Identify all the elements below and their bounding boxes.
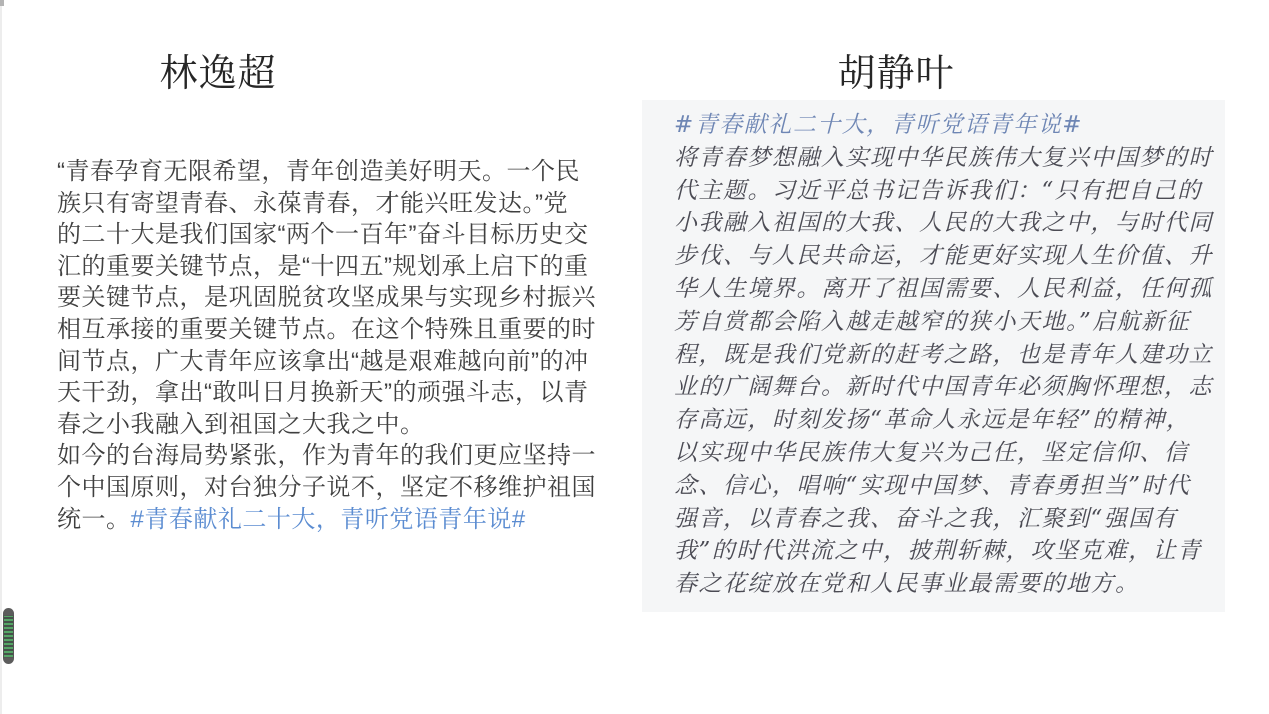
text-line: 要关键节点，是巩固脱贫攻坚成果与实现乡村振兴	[57, 282, 587, 314]
left-edge-line	[0, 0, 2, 714]
text-segment: 春之花绽放在党和人民事业最需要的地方。	[674, 571, 1140, 597]
text-line: 以实现中华民族伟大复兴为己任，坚定信仰、信	[674, 437, 1219, 470]
hashtag-text: #青春献礼二十大，青听党语青年说#	[674, 112, 1083, 138]
text-line: 华人生境界。离开了祖国需要、人民利益，任何孤	[674, 273, 1219, 306]
text-segment: 天干劲，拿出“敢叫日月换新天”的顽强斗志，以青	[57, 379, 588, 406]
left-post-text: “青春孕育无限希望，青年创造美好明天。一个民族只有寄望青春、永葆青春，才能兴旺发…	[57, 156, 587, 535]
text-segment: 华人生境界。离开了祖国需要、人民利益，任何孤	[674, 276, 1213, 302]
text-segment: 念、信心，唱响“实现中国梦、青春勇担当”时代	[674, 473, 1191, 499]
text-segment: “青春孕育无限希望，青年创造美好明天。一个民	[57, 158, 580, 185]
text-line: 步伐、与人民共命运，才能更好实现人生价值、升	[674, 240, 1219, 273]
text-line: “青春孕育无限希望，青年创造美好明天。一个民	[57, 156, 587, 188]
right-post-paper: #青春献礼二十大，青听党语青年说#将青春梦想融入实现中华民族伟大复兴中国梦的时代…	[642, 100, 1225, 612]
hashtag-text: #青春献礼二十大，青听党语青年说#	[131, 506, 526, 533]
text-segment: 强音，以青春之我、奋斗之我，汇聚到“强国有	[674, 506, 1177, 532]
text-line: 春之小我融入到祖国之大我之中。	[57, 409, 587, 441]
text-segment: 程，既是我们党新的赶考之路，也是青年人建功立	[674, 342, 1213, 368]
text-segment: 个中国原则，对台独分子说不，坚定不移维护祖国	[57, 474, 596, 501]
text-segment: 业的广阔舞台。新时代中国青年必须胸怀理想，志	[674, 374, 1213, 400]
text-line: 念、信心，唱响“实现中国梦、青春勇担当”时代	[674, 470, 1219, 503]
text-line: 天干劲，拿出“敢叫日月换新天”的顽强斗志，以青	[57, 377, 587, 409]
text-line: 小我融入祖国的大我、人民的大我之中，与时代同	[674, 207, 1219, 240]
text-segment: 相互承接的重要关键节点。在这个特殊且重要的时	[57, 316, 596, 343]
text-line: 春之花绽放在党和人民事业最需要的地方。	[674, 568, 1219, 601]
scrollbar-thumb[interactable]	[3, 608, 14, 664]
text-line: 业的广阔舞台。新时代中国青年必须胸怀理想，志	[674, 371, 1219, 404]
text-segment: 将青春梦想融入实现中华民族伟大复兴中国梦的时	[674, 145, 1213, 171]
text-segment: 如今的台海局势紧张，作为青年的我们更应坚持一	[57, 442, 596, 469]
text-line: 代主题。习近平总书记告诉我们：“只有把自己的	[674, 175, 1219, 208]
text-line: 间节点，广大青年应该拿出“越是艰难越向前”的冲	[57, 346, 587, 378]
left-author-title: 林逸超	[159, 42, 276, 97]
text-segment: 汇的重要关键节点，是“十四五”规划承上启下的重	[57, 253, 588, 280]
text-line: 程，既是我们党新的赶考之路，也是青年人建功立	[674, 339, 1219, 372]
text-segment: 春之小我融入到祖国之大我之中。	[57, 411, 425, 438]
text-segment: 间节点，广大青年应该拿出“越是艰难越向前”的冲	[57, 348, 588, 375]
text-segment: 统一。	[57, 506, 131, 533]
text-segment: 存高远，时刻发扬“革命人永远是年轻”的精神，	[674, 407, 1191, 433]
text-segment: 以实现中华民族伟大复兴为己任，坚定信仰、信	[674, 440, 1189, 466]
text-line: 将青春梦想融入实现中华民族伟大复兴中国梦的时	[674, 142, 1219, 175]
text-segment: 族只有寄望青春、永葆青春，才能兴旺发达。”党	[57, 190, 568, 217]
text-segment: 我”的时代洪流之中，披荆斩棘，攻坚克难，让青	[674, 538, 1202, 564]
text-line: 汇的重要关键节点，是“十四五”规划承上启下的重	[57, 251, 587, 283]
text-segment: 小我融入祖国的大我、人民的大我之中，与时代同	[674, 210, 1213, 236]
text-line: 相互承接的重要关键节点。在这个特殊且重要的时	[57, 314, 587, 346]
text-line: 如今的台海局势紧张，作为青年的我们更应坚持一	[57, 440, 587, 472]
right-post-text: #青春献礼二十大，青听党语青年说#将青春梦想融入实现中华民族伟大复兴中国梦的时代…	[674, 109, 1219, 601]
corner-artifact	[0, 0, 4, 6]
text-line: 芳自赏都会陷入越走越窄的狭小天地。”启航新征	[674, 306, 1219, 339]
text-segment: 要关键节点，是巩固脱贫攻坚成果与实现乡村振兴	[57, 284, 596, 311]
text-line: 统一。#青春献礼二十大，青听党语青年说#	[57, 504, 587, 536]
text-line: #青春献礼二十大，青听党语青年说#	[674, 109, 1219, 142]
text-segment: 代主题。习近平总书记告诉我们：“只有把自己的	[674, 178, 1202, 204]
text-segment: 步伐、与人民共命运，才能更好实现人生价值、升	[674, 243, 1213, 269]
slide: 林逸超 胡静叶 “青春孕育无限希望，青年创造美好明天。一个民族只有寄望青春、永葆…	[0, 0, 1269, 714]
text-line: 我”的时代洪流之中，披荆斩棘，攻坚克难，让青	[674, 535, 1219, 568]
text-line: 族只有寄望青春、永葆青春，才能兴旺发达。”党	[57, 188, 587, 220]
text-segment: 芳自赏都会陷入越走越窄的狭小天地。”启航新征	[674, 309, 1190, 335]
text-line: 存高远，时刻发扬“革命人永远是年轻”的精神，	[674, 404, 1219, 437]
text-segment: 的二十大是我们国家“两个一百年”奋斗目标历史交	[57, 221, 588, 248]
text-line: 个中国原则，对台独分子说不，坚定不移维护祖国	[57, 472, 587, 504]
text-line: 强音，以青春之我、奋斗之我，汇聚到“强国有	[674, 503, 1219, 536]
text-line: 的二十大是我们国家“两个一百年”奋斗目标历史交	[57, 219, 587, 251]
right-author-title: 胡静叶	[837, 42, 954, 97]
